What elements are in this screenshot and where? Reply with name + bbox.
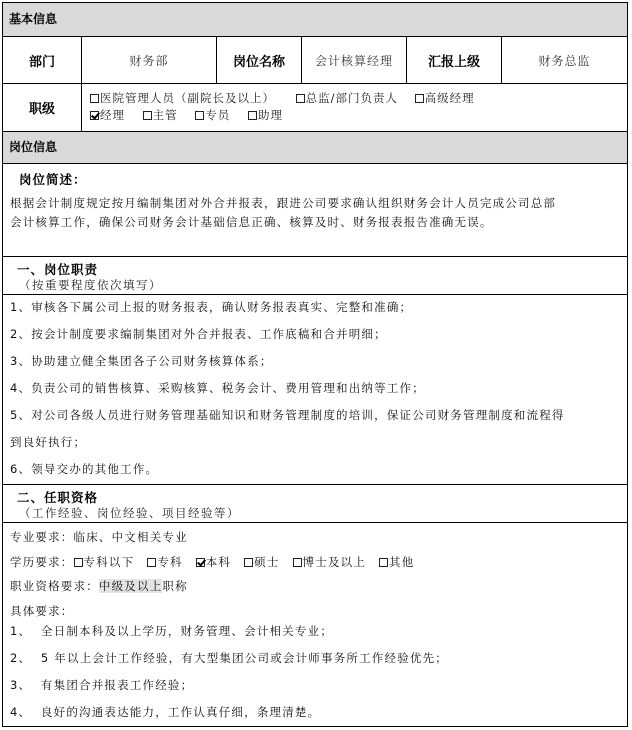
qualifications-body: 专业要求：临床、中文相关专业 学历要求：专科以下专科本科硕士博士及以上其他 职业…: [3, 522, 627, 726]
education-option-master[interactable]: 硕士: [244, 555, 279, 569]
department-row: 部门 财务部 岗位名称 会计核算经理 汇报上级 财务总监: [3, 36, 627, 83]
level-option-hospital-mgmt[interactable]: 医院管理人员（副院长及以上）: [90, 91, 275, 105]
checkbox-icon[interactable]: [293, 558, 302, 567]
position-summary-block: 岗位简述： 根据会计制度规定按月编制集团对外合并报表，跟进公司要求确认组织财务会…: [3, 163, 627, 256]
duties-header: 一、岗位职责 （按重要程度依次填写）: [3, 256, 627, 294]
checkbox-icon[interactable]: [74, 558, 83, 567]
certification-value-rest: 职称: [162, 579, 187, 593]
education-option-below-college[interactable]: 专科以下: [74, 555, 135, 569]
checkbox-icon[interactable]: [415, 94, 424, 103]
section-header-position-info: 岗位信息: [3, 131, 627, 163]
duty-item-continued: 到良好执行；: [10, 434, 621, 450]
duties-list: 1、审核各下属公司上报的财务报表，确认财务报表真实、完整和准确； 2、按会计制度…: [3, 294, 627, 484]
education-label: 学历要求：: [10, 555, 74, 569]
duties-title: 一、岗位职责: [17, 260, 98, 278]
education-requirement: 学历要求：专科以下专科本科硕士博士及以上其他: [10, 554, 621, 570]
position-info-title: 岗位信息: [9, 140, 57, 154]
checkbox-icon[interactable]: [195, 111, 204, 120]
checkbox-icon[interactable]: [379, 558, 388, 567]
education-option-other[interactable]: 其他: [379, 555, 414, 569]
education-option-college[interactable]: 专科: [147, 555, 182, 569]
level-label: 职级: [3, 84, 81, 131]
checkbox-icon[interactable]: [296, 94, 305, 103]
specific-requirement-item: 1、 全日制本科及以上学历，财务管理、会计相关专业；: [10, 623, 621, 639]
report-to-value: 财务总监: [501, 37, 627, 83]
duty-item: 5、对公司各级人员进行财务管理基础知识和财务管理制度的培训，保证公司财务管理制度…: [10, 407, 621, 423]
summary-line-2: 会计核算工作，确保公司财务会计基础信息正确、核算及时、财务报表报告准确无误。: [10, 214, 621, 230]
level-option-senior-manager[interactable]: 高级经理: [415, 91, 475, 105]
duty-item: 6、领导交办的其他工作。: [10, 461, 621, 477]
level-option-specialist[interactable]: 专员: [195, 108, 230, 122]
checkbox-icon[interactable]: [244, 558, 253, 567]
summary-label: 岗位简述：: [19, 170, 87, 188]
department-value: 财务部: [81, 37, 216, 83]
level-options-row-1: 医院管理人员（副院长及以上） 总监/部门负责人 高级经理: [90, 90, 627, 107]
position-value: 会计核算经理: [301, 37, 406, 83]
position-label: 岗位名称: [216, 37, 301, 83]
duty-item: 1、审核各下属公司上报的财务报表，确认财务报表真实、完整和准确；: [10, 299, 621, 315]
duty-item: 2、按会计制度要求编制集团对外合并报表、工作底稿和合并明细；: [10, 326, 621, 342]
department-label: 部门: [3, 37, 81, 83]
certification-value-highlight: 中级及以上: [99, 579, 163, 593]
level-options-row-2: 经理 主管 专员 助理: [90, 107, 627, 124]
certification-label: 职业资格要求：: [10, 579, 99, 593]
level-option-director[interactable]: 总监/部门负责人: [296, 91, 398, 105]
certification-requirement: 职业资格要求：中级及以上职称: [10, 578, 621, 594]
basic-info-title: 基本信息: [9, 12, 57, 26]
level-options: 医院管理人员（副院长及以上） 总监/部门负责人 高级经理 经理 主管 专员 助理: [81, 84, 627, 131]
specific-requirement-item: 2、 5 年以上会计工作经验，有大型集团公司或会计师事务所工作经验优先；: [10, 650, 621, 666]
qualifications-title: 二、任职资格: [17, 488, 98, 506]
education-option-doctor[interactable]: 博士及以上: [293, 555, 367, 569]
major-requirement: 专业要求：临床、中文相关专业: [10, 529, 621, 545]
checkbox-icon[interactable]: [147, 558, 156, 567]
duty-item: 3、协助建立健全集团各子公司财务核算体系；: [10, 353, 621, 369]
qualifications-note: （工作经验、岗位经验、项目经验等）: [19, 505, 240, 521]
report-to-label: 汇报上级: [406, 37, 501, 83]
duties-note: （按重要程度依次填写）: [19, 277, 162, 293]
summary-line-1: 根据会计制度规定按月编制集团对外合并报表，跟进公司要求确认组织财务会计人员完成公…: [10, 195, 621, 211]
qualifications-header: 二、任职资格 （工作经验、岗位经验、项目经验等）: [3, 484, 627, 522]
level-row: 职级 医院管理人员（副院长及以上） 总监/部门负责人 高级经理 经理 主管 专员…: [3, 83, 627, 131]
specific-requirement-item: 4、 良好的沟通表达能力，工作认真仔细，条理清楚。: [10, 704, 621, 720]
specific-requirements-label: 具体要求：: [10, 603, 621, 619]
checkbox-checked-icon[interactable]: [90, 111, 99, 120]
checkbox-icon[interactable]: [248, 111, 257, 120]
duty-item: 4、负责公司的销售核算、采购核算、税务会计、费用管理和出纳等工作；: [10, 380, 621, 396]
section-header-basic-info: 基本信息: [3, 3, 627, 36]
level-option-assistant[interactable]: 助理: [248, 108, 283, 122]
checkbox-icon[interactable]: [90, 94, 99, 103]
checkbox-checked-icon[interactable]: [196, 558, 205, 567]
level-option-manager[interactable]: 经理: [90, 108, 125, 122]
specific-requirement-item: 3、 有集团合并报表工作经验；: [10, 677, 621, 693]
job-description-form: 基本信息 部门 财务部 岗位名称 会计核算经理 汇报上级 财务总监 职级 医院管…: [2, 2, 628, 727]
checkbox-icon[interactable]: [143, 111, 152, 120]
level-option-supervisor[interactable]: 主管: [143, 108, 178, 122]
education-option-bachelor[interactable]: 本科: [196, 555, 231, 569]
